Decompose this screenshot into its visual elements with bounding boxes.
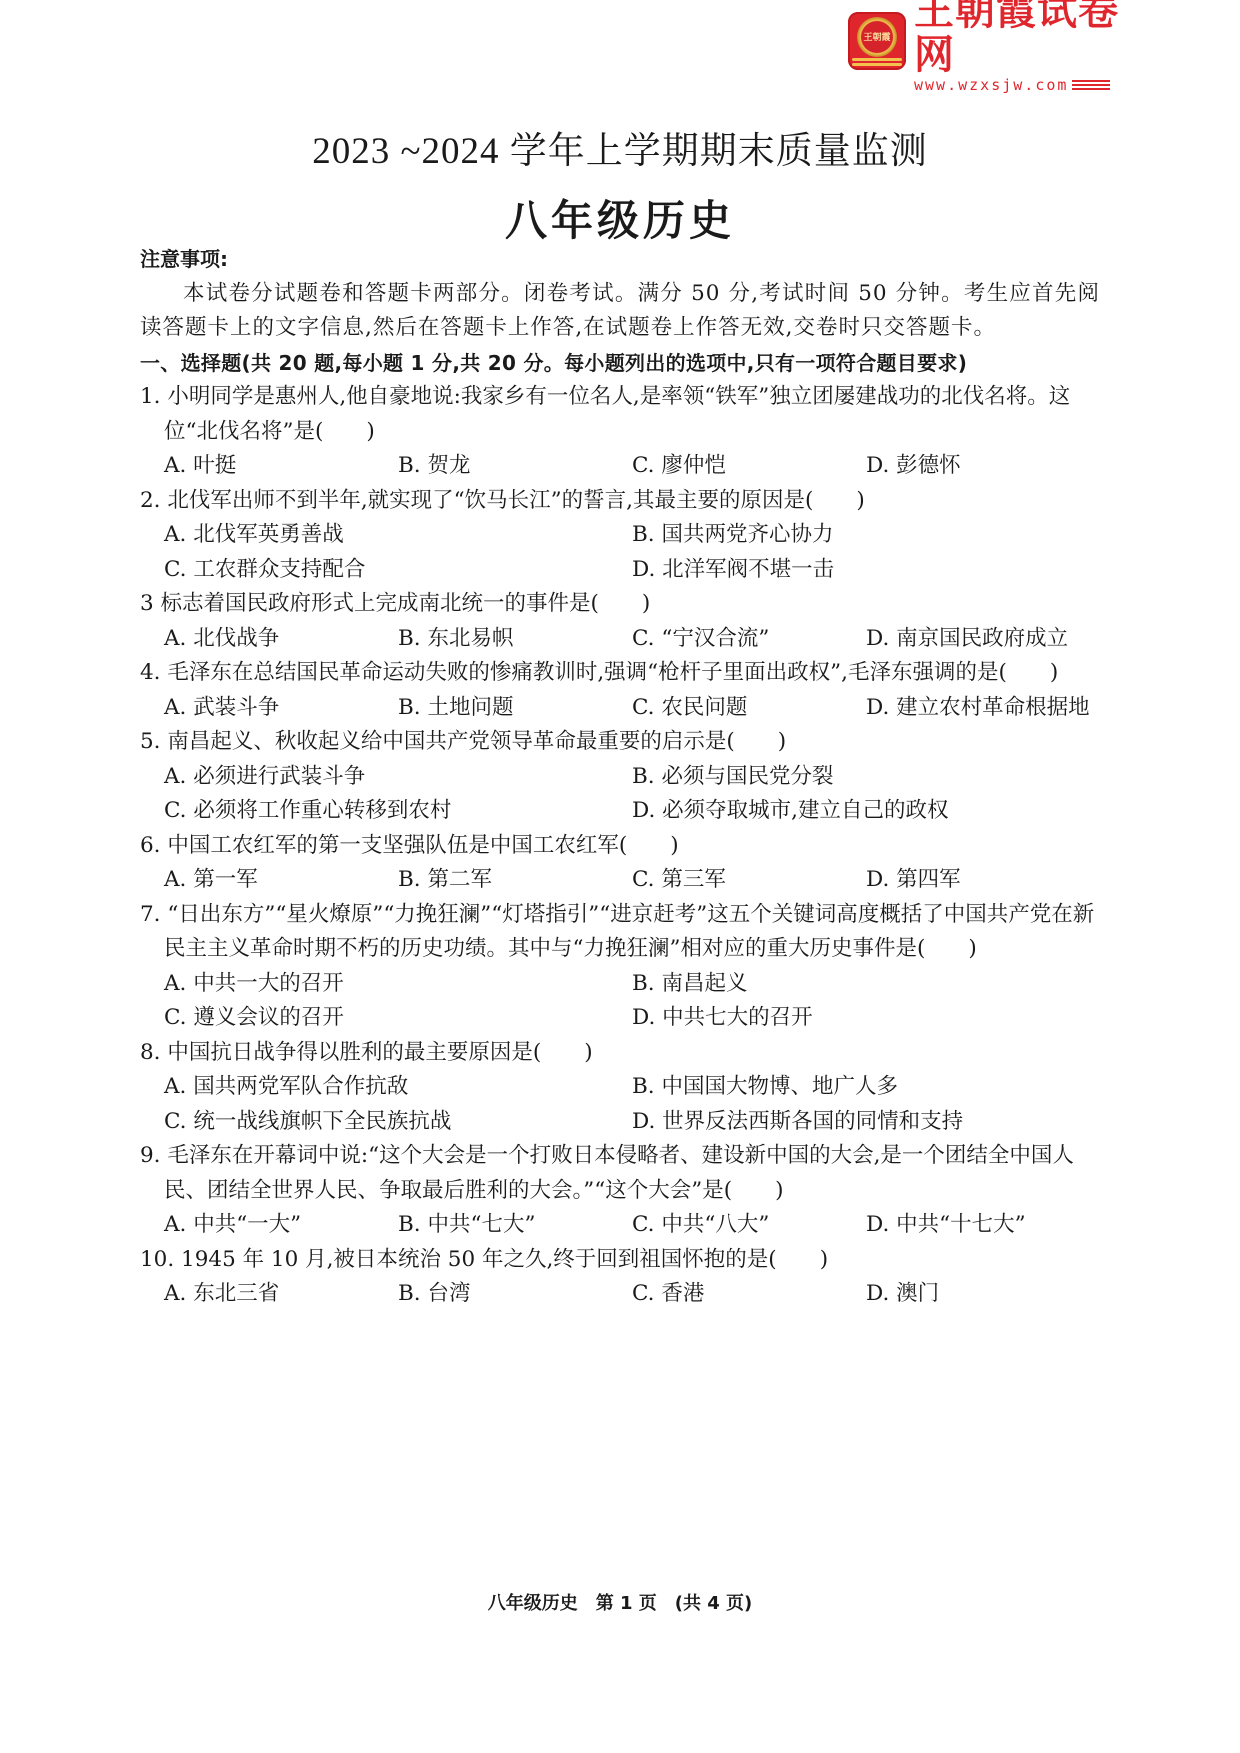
logo-badge-icon: 王朝霞 bbox=[848, 12, 906, 70]
option-a: A. 第一军 bbox=[164, 863, 398, 898]
option-a: A. 北伐军英勇善战 bbox=[164, 518, 632, 553]
option-a: A. 东北三省 bbox=[164, 1277, 398, 1312]
option-d: D. 世界反法西斯各国的同情和支持 bbox=[632, 1105, 1100, 1140]
option-list: A. 国共两党军队合作抗敌B. 中国国大物博、地广人多C. 统一战线旗帜下全民族… bbox=[140, 1070, 1100, 1139]
question-2: 2. 北伐军出师不到半年,就实现了“饮马长江”的誓言,其最主要的原因是( )A.… bbox=[140, 484, 1100, 588]
question-9: 9. 毛泽东在开幕词中说:“这个大会是一个打败日本侵略者、建设新中国的大会,是一… bbox=[140, 1139, 1100, 1243]
option-c: C. 香港 bbox=[632, 1277, 866, 1312]
option-d: D. 澳门 bbox=[866, 1277, 1100, 1312]
question-5: 5. 南昌起义、秋收起义给中国共产党领导革命最重要的启示是( )A. 必须进行武… bbox=[140, 725, 1100, 829]
option-d: D. 北洋军阀不堪一击 bbox=[632, 553, 1100, 588]
option-c: C. 统一战线旗帜下全民族抗战 bbox=[164, 1105, 632, 1140]
option-d: D. 彭德怀 bbox=[866, 449, 1100, 484]
option-a: A. 武装斗争 bbox=[164, 691, 398, 726]
option-c: C. 必须将工作重心转移到农村 bbox=[164, 794, 632, 829]
question-6: 6. 中国工农红军的第一支坚强队伍是中国工农红军( )A. 第一军B. 第二军C… bbox=[140, 829, 1100, 898]
wave-lines-icon bbox=[1072, 80, 1110, 90]
question-1: 1. 小明同学是惠州人,他自豪地说:我家乡有一位名人,是率领“铁军”独立团屡建战… bbox=[140, 380, 1100, 484]
logo-title: 王朝霞试卷网 bbox=[914, 0, 1158, 77]
notice-body: 本试卷分试题卷和答题卡两部分。闭卷考试。满分 50 分,考试时间 50 分钟。考… bbox=[140, 277, 1100, 346]
option-a: A. 必须进行武装斗争 bbox=[164, 760, 632, 795]
question-4: 4. 毛泽东在总结国民革命运动失败的惨痛教训时,强调“枪杆子里面出政权”,毛泽东… bbox=[140, 656, 1100, 725]
option-a: A. 国共两党军队合作抗敌 bbox=[164, 1070, 632, 1105]
option-b: B. 第二军 bbox=[398, 863, 632, 898]
question-list: 1. 小明同学是惠州人,他自豪地说:我家乡有一位名人,是率领“铁军”独立团屡建战… bbox=[140, 380, 1100, 1312]
site-logo: 王朝霞 王朝霞试卷网 www.wzxsjw.com bbox=[848, 10, 1158, 72]
option-list: A. 叶挺B. 贺龙C. 廖仲恺D. 彭德怀 bbox=[140, 449, 1100, 484]
option-d: D. 第四军 bbox=[866, 863, 1100, 898]
option-c: C. 遵义会议的召开 bbox=[164, 1001, 632, 1036]
option-list: A. 东北三省B. 台湾C. 香港D. 澳门 bbox=[140, 1277, 1100, 1312]
question-7: 7. “日出东方”“星火燎原”“力挽狂澜”“灯塔指引”“进京赶考”这五个关键词高… bbox=[140, 898, 1100, 1036]
option-c: C. 中共“八大” bbox=[632, 1208, 866, 1243]
option-b: B. 必须与国民党分裂 bbox=[632, 760, 1100, 795]
question-stem: 5. 南昌起义、秋收起义给中国共产党领导革命最重要的启示是( ) bbox=[140, 725, 1100, 760]
question-stem: 8. 中国抗日战争得以胜利的最主要原因是( ) bbox=[140, 1036, 1100, 1071]
question-stem: 1. 小明同学是惠州人,他自豪地说:我家乡有一位名人,是率领“铁军”独立团屡建战… bbox=[140, 380, 1100, 449]
question-stem: 4. 毛泽东在总结国民革命运动失败的惨痛教训时,强调“枪杆子里面出政权”,毛泽东… bbox=[140, 656, 1100, 691]
option-b: B. 南昌起义 bbox=[632, 967, 1100, 1002]
option-c: C. 第三军 bbox=[632, 863, 866, 898]
option-b: B. 国共两党齐心协力 bbox=[632, 518, 1100, 553]
option-list: A. 北伐军英勇善战B. 国共两党齐心协力C. 工农群众支持配合D. 北洋军阀不… bbox=[140, 518, 1100, 587]
option-c: C. “宁汉合流” bbox=[632, 622, 866, 657]
option-c: C. 工农群众支持配合 bbox=[164, 553, 632, 588]
option-list: A. 中共“一大”B. 中共“七大”C. 中共“八大”D. 中共“十七大” bbox=[140, 1208, 1100, 1243]
section-heading: 一、选择题(共 20 题,每小题 1 分,共 20 分。每小题列出的选项中,只有… bbox=[140, 346, 1100, 381]
option-d: D. 中共七大的召开 bbox=[632, 1001, 1100, 1036]
question-stem: 2. 北伐军出师不到半年,就实现了“饮马长江”的誓言,其最主要的原因是( ) bbox=[140, 484, 1100, 519]
option-c: C. 廖仲恺 bbox=[632, 449, 866, 484]
question-stem: 3 标志着国民政府形式上完成南北统一的事件是( ) bbox=[140, 587, 1100, 622]
option-a: A. 北伐战争 bbox=[164, 622, 398, 657]
option-a: A. 叶挺 bbox=[164, 449, 398, 484]
exam-content: 注意事项: 本试卷分试题卷和答题卡两部分。闭卷考试。满分 50 分,考试时间 5… bbox=[140, 238, 1100, 1312]
option-d: D. 必须夺取城市,建立自己的政权 bbox=[632, 794, 1100, 829]
option-list: A. 第一军B. 第二军C. 第三军D. 第四军 bbox=[140, 863, 1100, 898]
option-b: B. 东北易帜 bbox=[398, 622, 632, 657]
option-c: C. 农民问题 bbox=[632, 691, 866, 726]
question-10: 10. 1945 年 10 月,被日本统治 50 年之久,终于回到祖国怀抱的是(… bbox=[140, 1243, 1100, 1312]
option-b: B. 贺龙 bbox=[398, 449, 632, 484]
option-d: D. 中共“十七大” bbox=[866, 1208, 1100, 1243]
question-stem: 10. 1945 年 10 月,被日本统治 50 年之久,终于回到祖国怀抱的是(… bbox=[140, 1243, 1100, 1278]
exam-title: 2023 ~2024 学年上学期期末质量监测 bbox=[0, 130, 1240, 174]
page-footer: 八年级历史 第 1 页 (共 4 页) bbox=[0, 1589, 1240, 1615]
question-stem: 6. 中国工农红军的第一支坚强队伍是中国工农红军( ) bbox=[140, 829, 1100, 864]
logo-url: www.wzxsjw.com bbox=[914, 77, 1158, 93]
question-stem: 9. 毛泽东在开幕词中说:“这个大会是一个打败日本侵略者、建设新中国的大会,是一… bbox=[140, 1139, 1100, 1208]
notice-heading: 注意事项: bbox=[140, 242, 1100, 277]
question-stem: 7. “日出东方”“星火燎原”“力挽狂澜”“灯塔指引”“进京赶考”这五个关键词高… bbox=[140, 898, 1100, 967]
option-list: A. 武装斗争B. 土地问题C. 农民问题D. 建立农村革命根据地 bbox=[140, 691, 1100, 726]
option-a: A. 中共一大的召开 bbox=[164, 967, 632, 1002]
question-8: 8. 中国抗日战争得以胜利的最主要原因是( )A. 国共两党军队合作抗敌B. 中… bbox=[140, 1036, 1100, 1140]
option-b: B. 土地问题 bbox=[398, 691, 632, 726]
option-list: A. 北伐战争B. 东北易帜C. “宁汉合流”D. 南京国民政府成立 bbox=[140, 622, 1100, 657]
option-list: A. 中共一大的召开B. 南昌起义C. 遵义会议的召开D. 中共七大的召开 bbox=[140, 967, 1100, 1036]
option-a: A. 中共“一大” bbox=[164, 1208, 398, 1243]
question-3: 3 标志着国民政府形式上完成南北统一的事件是( )A. 北伐战争B. 东北易帜C… bbox=[140, 587, 1100, 656]
option-list: A. 必须进行武装斗争B. 必须与国民党分裂C. 必须将工作重心转移到农村D. … bbox=[140, 760, 1100, 829]
option-b: B. 中共“七大” bbox=[398, 1208, 632, 1243]
option-b: B. 中国国大物博、地广人多 bbox=[632, 1070, 1100, 1105]
option-d: D. 南京国民政府成立 bbox=[866, 622, 1100, 657]
option-d: D. 建立农村革命根据地 bbox=[866, 691, 1100, 726]
option-b: B. 台湾 bbox=[398, 1277, 632, 1312]
